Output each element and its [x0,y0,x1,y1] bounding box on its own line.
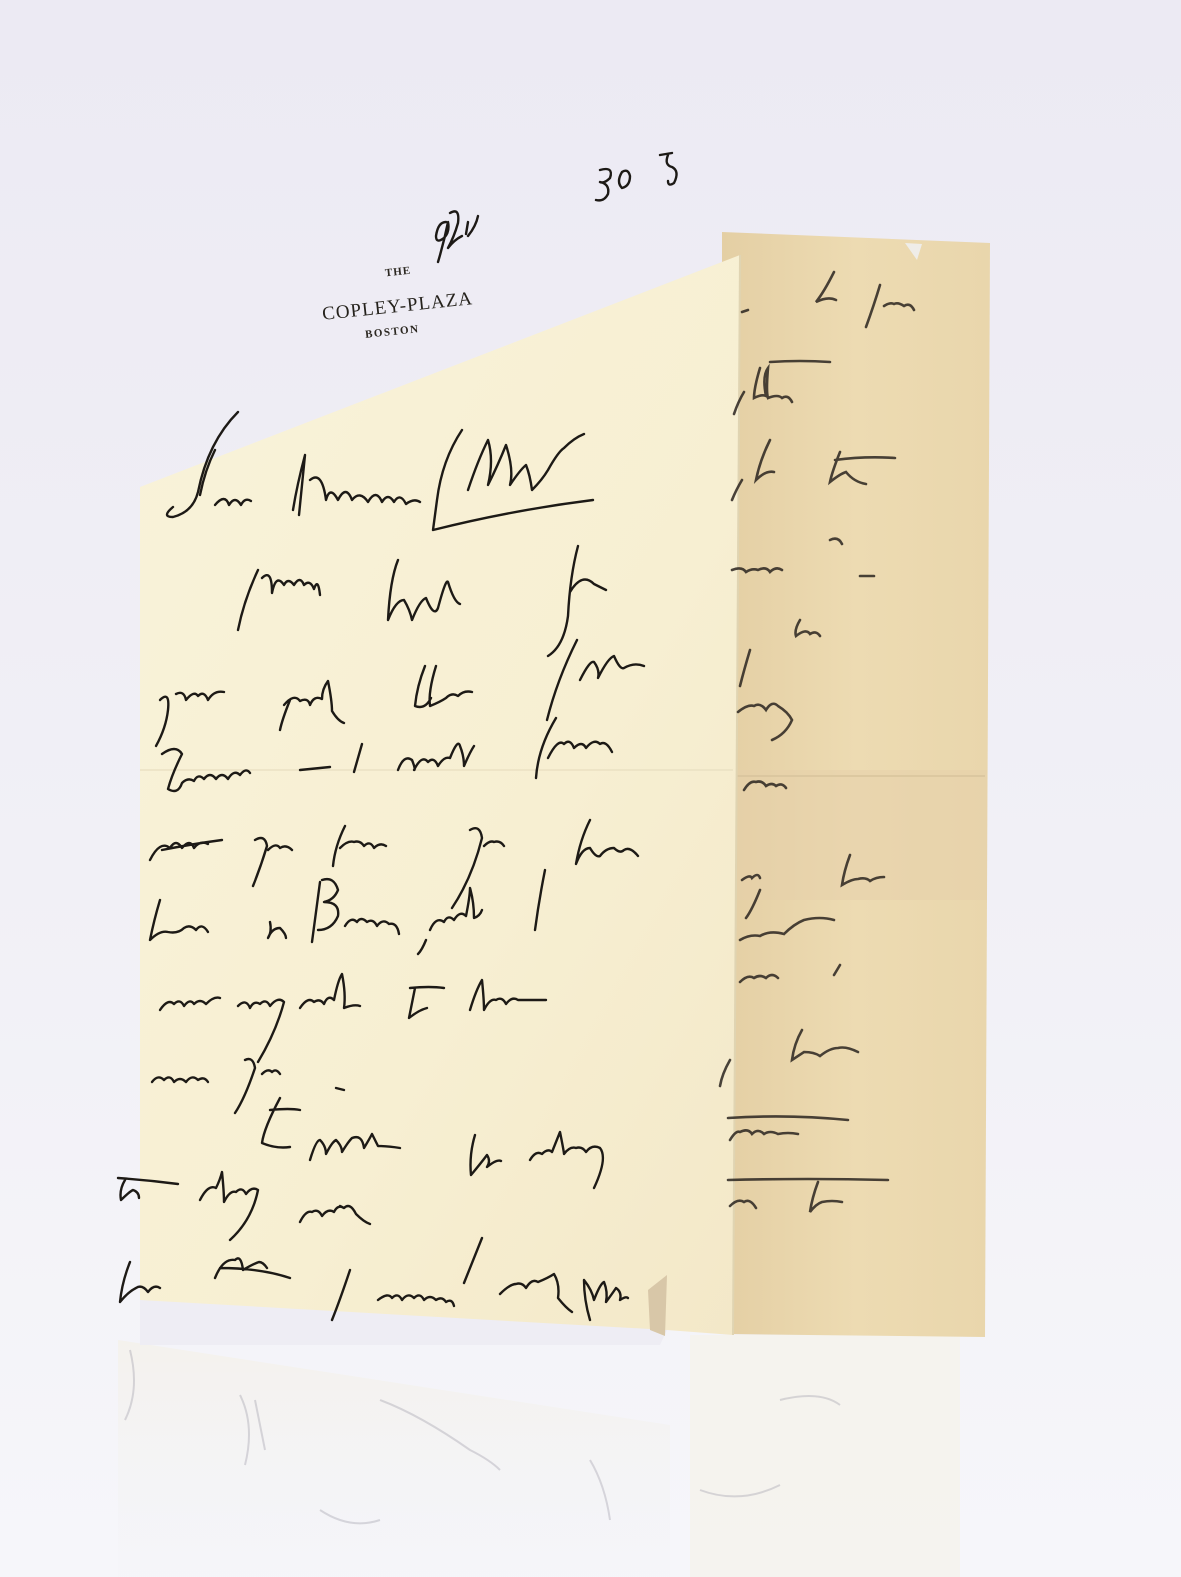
photo-stage: THE COPLEY-PLAZA BOSTON April 30th Dear … [0,0,1181,1577]
reflection [118,1335,960,1577]
back-page [722,232,990,1337]
letter-scene [0,0,1181,1577]
front-page [140,255,740,1345]
